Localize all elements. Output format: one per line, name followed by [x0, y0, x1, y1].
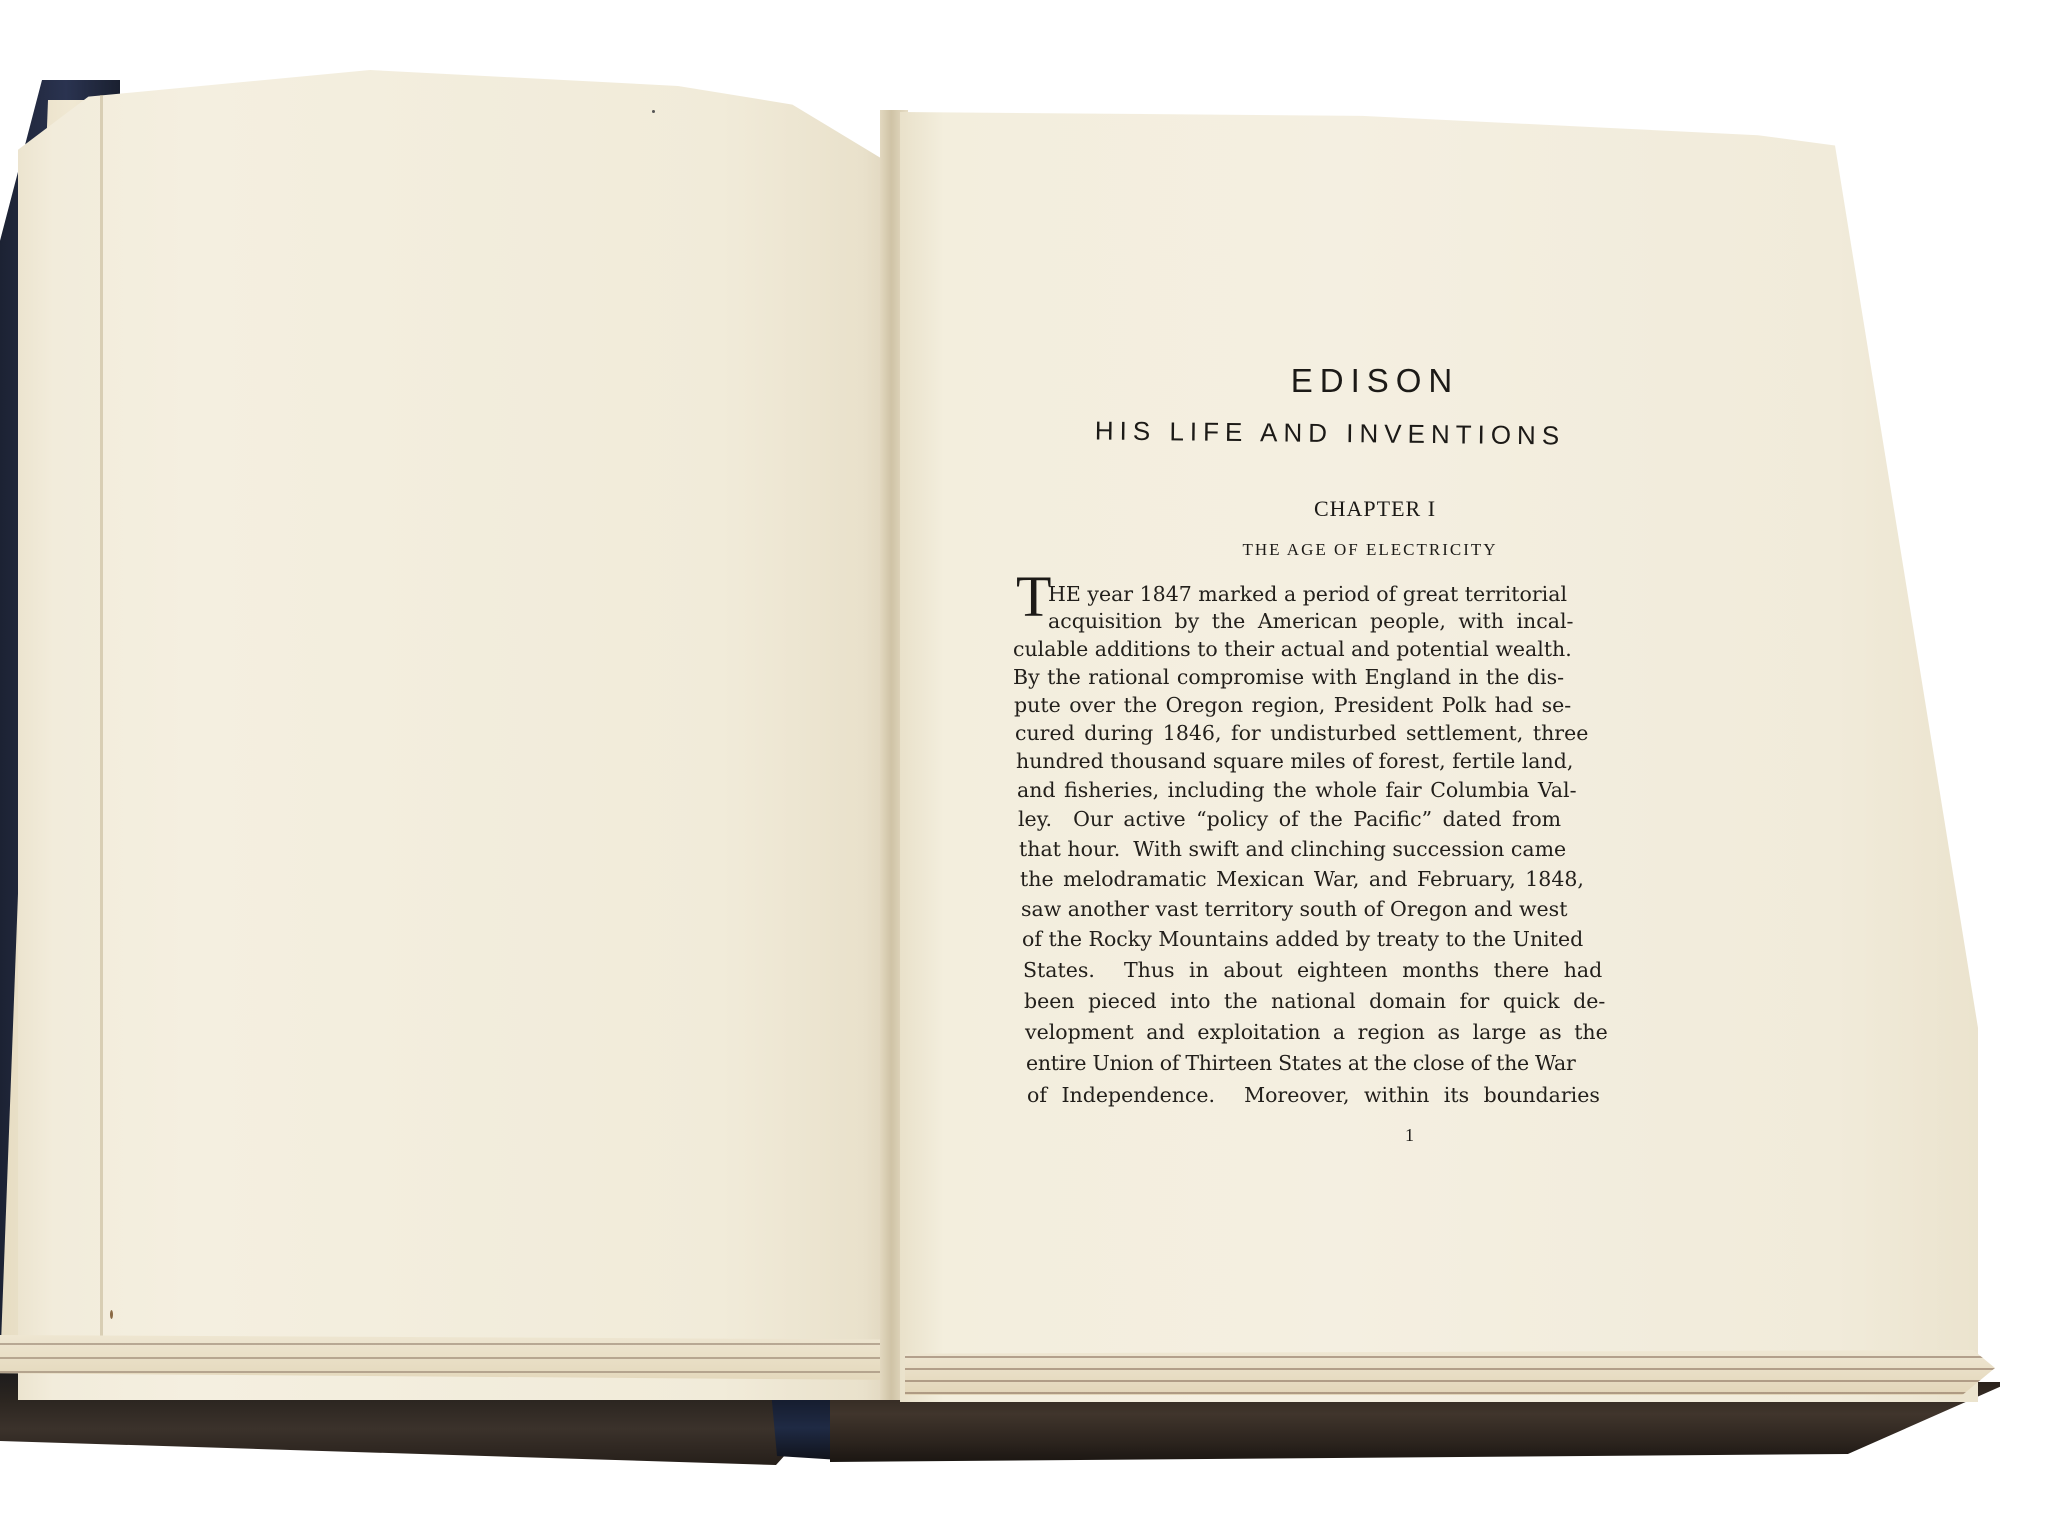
text-line: that hour. With swift and clinching succ… [1019, 837, 1566, 861]
text-line: By the rational compromise with England … [1013, 665, 1564, 689]
left-page-fold-line [100, 95, 103, 1365]
drop-cap: T [1016, 568, 1051, 626]
text-line: culable additions to their actual and po… [1013, 637, 1572, 661]
text-line: saw another vast territory south of Oreg… [1021, 897, 1567, 921]
text-line: entire Union of Thirteen States at the c… [1026, 1051, 1575, 1075]
text-line: the melodramatic Mexican War, and Februa… [1020, 867, 1584, 891]
left-page[interactable] [18, 70, 898, 1400]
text-line: pute over the Oregon region, President P… [1014, 693, 1571, 717]
chapter-label: CHAPTER I [1150, 496, 1600, 522]
book-title: EDISON [1150, 362, 1600, 400]
chapter-title: THE AGE OF ELECTRICITY [1100, 540, 1640, 560]
text-line: been pieced into the national domain for… [1024, 989, 1605, 1013]
left-page-deckle-edge [0, 1335, 900, 1380]
text-line: HE year 1847 marked a period of great te… [1048, 582, 1658, 606]
text-line: States. Thus in about eighteen months th… [1023, 958, 1602, 982]
right-page-deckle-edge [905, 1350, 1995, 1395]
text-line: of the Rocky Mountains added by treaty t… [1022, 927, 1583, 951]
text-line: cured during 1846, for undisturbed settl… [1015, 721, 1588, 745]
text-line: of Independence. Moreover, within its bo… [1027, 1083, 1600, 1107]
paper-speck [652, 110, 655, 113]
page-number: 1 [1405, 1125, 1414, 1146]
text-line: and fisheries, including the whole fair … [1017, 778, 1577, 802]
text-line: acquisition by the American people, with… [1048, 609, 1573, 633]
text-line: velopment and exploitation a region as l… [1025, 1020, 1608, 1044]
text-line: ley. Our active “policy of the Pacific” … [1018, 807, 1561, 831]
text-line: hundred thousand square miles of forest,… [1016, 749, 1573, 773]
paper-speck [110, 1310, 113, 1319]
